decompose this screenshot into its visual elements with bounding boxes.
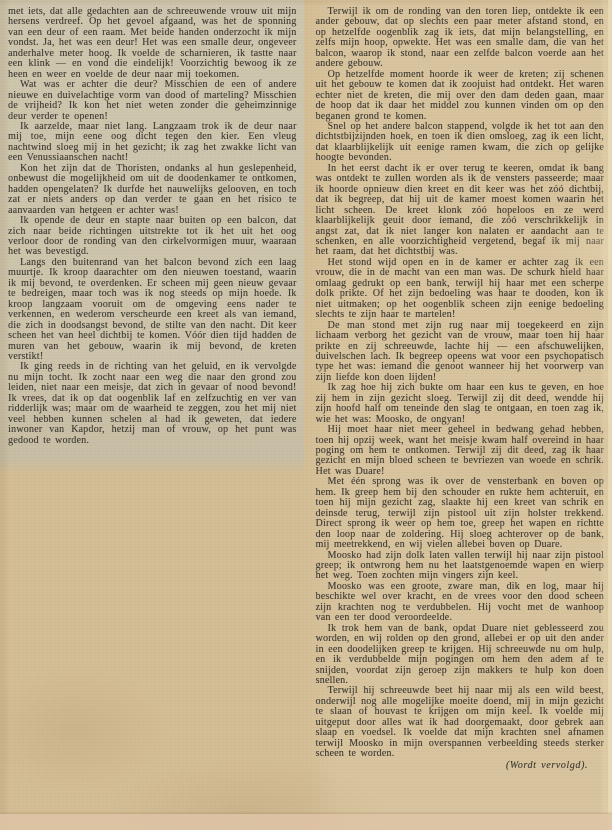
story-paragraph: Terwijl hij schreeuwde beet hij naar mij… <box>316 686 605 759</box>
story-paragraph: Terwijl ik om de ronding van den toren l… <box>316 7 605 70</box>
story-paragraph: Ik ging reeds in de richting van het gel… <box>8 362 297 446</box>
left-column: met iets, dat alle gedachten aan de schr… <box>8 7 297 830</box>
story-paragraph: De man stond met zijn rug naar mij toege… <box>316 321 605 384</box>
story-paragraph: Langs den buitenrand van het balcon bevo… <box>8 258 297 363</box>
story-paragraph: Ik trok hem van de bank, opdat Duare nie… <box>316 624 605 687</box>
story-paragraph: met iets, dat alle gedachten aan de schr… <box>8 7 297 80</box>
story-paragraph: Hij moet haar niet meer geheel in bedwan… <box>316 425 605 477</box>
story-paragraph: Ik opende de deur en stapte naar buiten … <box>8 216 297 258</box>
story-paragraph: Wat was er achter die deur? Misschien de… <box>8 80 297 122</box>
right-column: Terwijl ik om de ronding van den toren l… <box>316 7 605 830</box>
scanned-book-page: met iets, dat alle gedachten aan de schr… <box>0 0 612 830</box>
story-paragraph: Snel op het andere balcon stappend, volg… <box>316 122 605 164</box>
story-paragraph: Ik zag hoe hij zich bukte om haar een ku… <box>316 383 605 425</box>
story-paragraph: Moosko was een groote, zware man, dik en… <box>316 582 605 624</box>
story-paragraph: Ik aarzelde, maar niet lang. Langzaam tr… <box>8 122 297 164</box>
story-paragraph: Kon het zijn dat de Thoristen, ondanks a… <box>8 164 297 216</box>
story-paragraph: Met één sprong was ik over de vensterban… <box>316 477 605 550</box>
story-paragraph: Het stond wijd open en in de kamer er ac… <box>316 258 605 321</box>
continuation-notice: (Wordt vervolgd). <box>316 761 605 771</box>
story-paragraph: Moosko had zijn dolk laten vallen terwij… <box>316 551 605 582</box>
story-paragraph: In het eerst dacht ik er over terug te k… <box>316 164 605 258</box>
page-content: met iets, dat alle gedachten aan de schr… <box>0 0 612 830</box>
story-paragraph: Op hetzelfde moment hoorde ik weer de kr… <box>316 70 605 122</box>
